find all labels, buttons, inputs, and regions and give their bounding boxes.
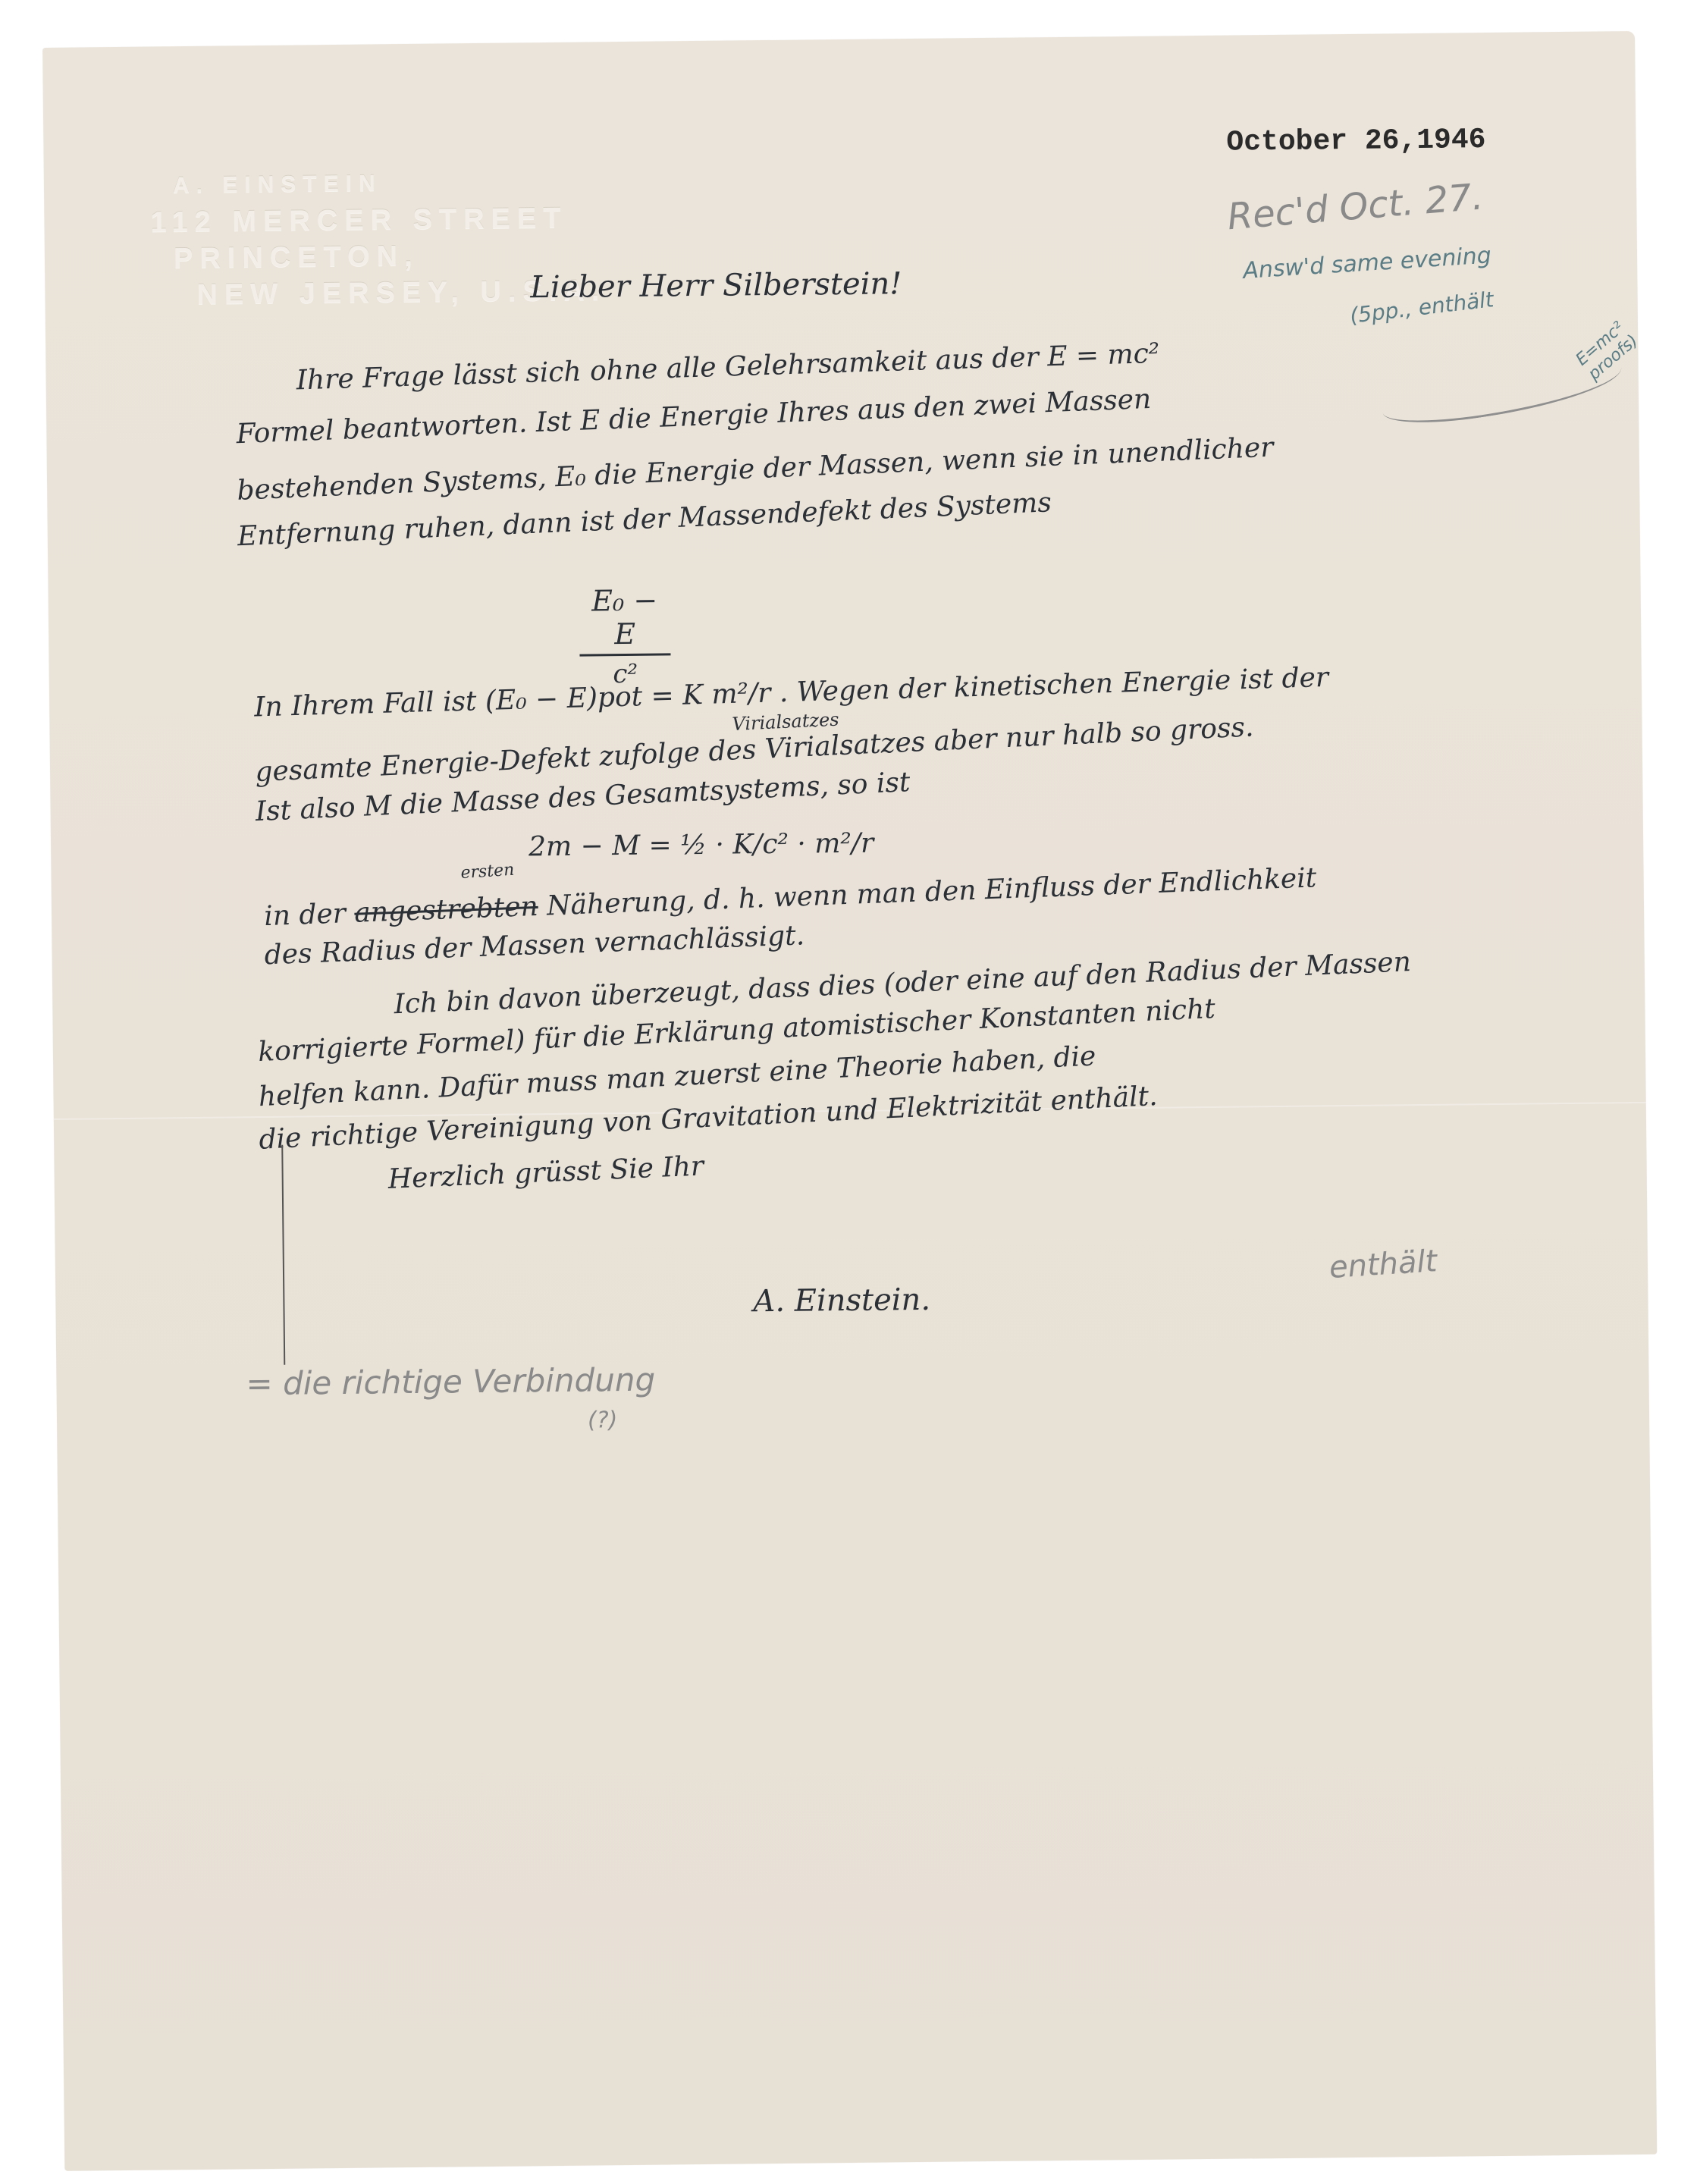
- pencil-query: (?): [588, 1407, 618, 1433]
- mass-formula: 2m − M = ½ · K/c² · m²/r: [529, 828, 874, 863]
- closing: Herzlich grüsst Sie Ihr: [387, 1150, 704, 1194]
- fraction-bar: [579, 653, 670, 656]
- typed-date: October 26,1946: [1226, 124, 1485, 159]
- line8-rest: Näherung, d. h. wenn man den Einfluss de…: [546, 862, 1316, 921]
- answered-annotation-detail: (5pp., enthält: [1348, 287, 1495, 328]
- pencil-margin-line: [281, 1145, 285, 1365]
- body-line-1: Ihre Frage lässt sich ohne alle Gelehrsa…: [296, 338, 1160, 397]
- letterhead-street: 112 MERCER STREET: [150, 199, 605, 240]
- formula-numerator: E₀ − E: [579, 583, 671, 651]
- struck-word: angestrebten: [354, 891, 539, 929]
- received-annotation: Rec'd Oct. 27.: [1226, 175, 1485, 238]
- salutation: Lieber Herr Silberstein!: [530, 266, 902, 305]
- insertion-ersten: ersten: [460, 861, 515, 883]
- pencil-bracket-mark: [1379, 348, 1626, 431]
- line8-prefix: in der: [264, 898, 347, 932]
- letterhead-name: A. EINSTEIN: [150, 163, 605, 204]
- signature: A. Einstein.: [753, 1282, 930, 1319]
- mass-defect-formula: E₀ − E c²: [579, 583, 671, 689]
- answered-annotation: Answ'd same evening: [1242, 242, 1491, 284]
- pencil-note: = die richtige Verbindung: [246, 1361, 655, 1403]
- pencil-margin-word: enthält: [1328, 1244, 1438, 1285]
- letter-paper: A. EINSTEIN 112 MERCER STREET PRINCETON,…: [42, 31, 1657, 2171]
